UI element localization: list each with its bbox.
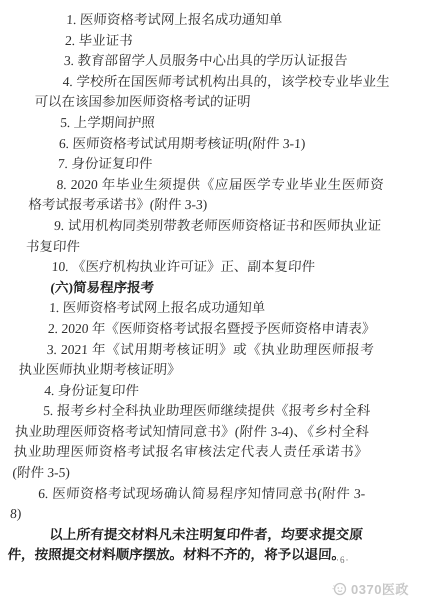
list-item: 1. 医师资格考试网上报名成功通知单 (22, 298, 377, 319)
list-item: 2. 2020 年《医师资格考试报名暨授予医师资格申请表》 (20, 319, 375, 340)
watermark: 0370医政 (331, 579, 409, 598)
list-item: 10. 《医疗机构执业许可证》正、副本复印件 (24, 257, 379, 278)
watermark-logo-icon (331, 581, 347, 597)
page-number: ·6· (336, 555, 350, 565)
list-item: 8. 2020 年毕业生须提供《应届医学专业毕业生医师资格考试报考承诺书》(附件… (28, 175, 384, 216)
closing-note: 以上所有提交材料凡未注明复印件者，均要求提交原件，按照提交材料顺序摆放。材料不齐… (7, 525, 363, 566)
section-heading: (六)简易程序报考 (23, 278, 378, 299)
list-item: 1. 医师资格考试网上报名成功通知单 (39, 10, 394, 31)
list-item: 9. 试用机构同类别带教老师医师资格证书和医师执业证书复印件 (25, 216, 381, 257)
document-page: 1. 医师资格考试网上报名成功通知单 2. 毕业证书 3. 教育部留学人员服务中… (0, 0, 431, 615)
list-item: 4. 身份证复印件 (17, 381, 372, 402)
list-item: 6. 医师资格考试现场确认简易程序知情同意书(附件 3-8) (9, 484, 365, 525)
list-item: 3. 教育部留学人员服务中心出具的学历认证报告 (36, 51, 391, 72)
list-item: 7. 身份证复印件 (30, 154, 385, 175)
watermark-text: 0370医政 (351, 579, 409, 598)
list-item: 5. 上学期间护照 (33, 113, 388, 134)
list-item: 4. 学校所在国医师考试机构出具的，该学校专业毕业生可以在该国参加医师资格考试的… (34, 72, 390, 113)
list-item: 3. 2021 年《试用期考核证明》或《执业助理医师报考执业医师执业期考核证明》 (18, 340, 374, 381)
list-item: 5. 报考乡村全科执业助理医师继续提供《报考乡村全科执业助理医师资格考试知情同意… (12, 401, 371, 483)
list-item: 6. 医师资格考试试用期考核证明(附件 3-1) (31, 134, 386, 155)
document-body: 1. 医师资格考试网上报名成功通知单 2. 毕业证书 3. 教育部留学人员服务中… (7, 10, 394, 566)
list-item: 2. 毕业证书 (38, 31, 393, 52)
